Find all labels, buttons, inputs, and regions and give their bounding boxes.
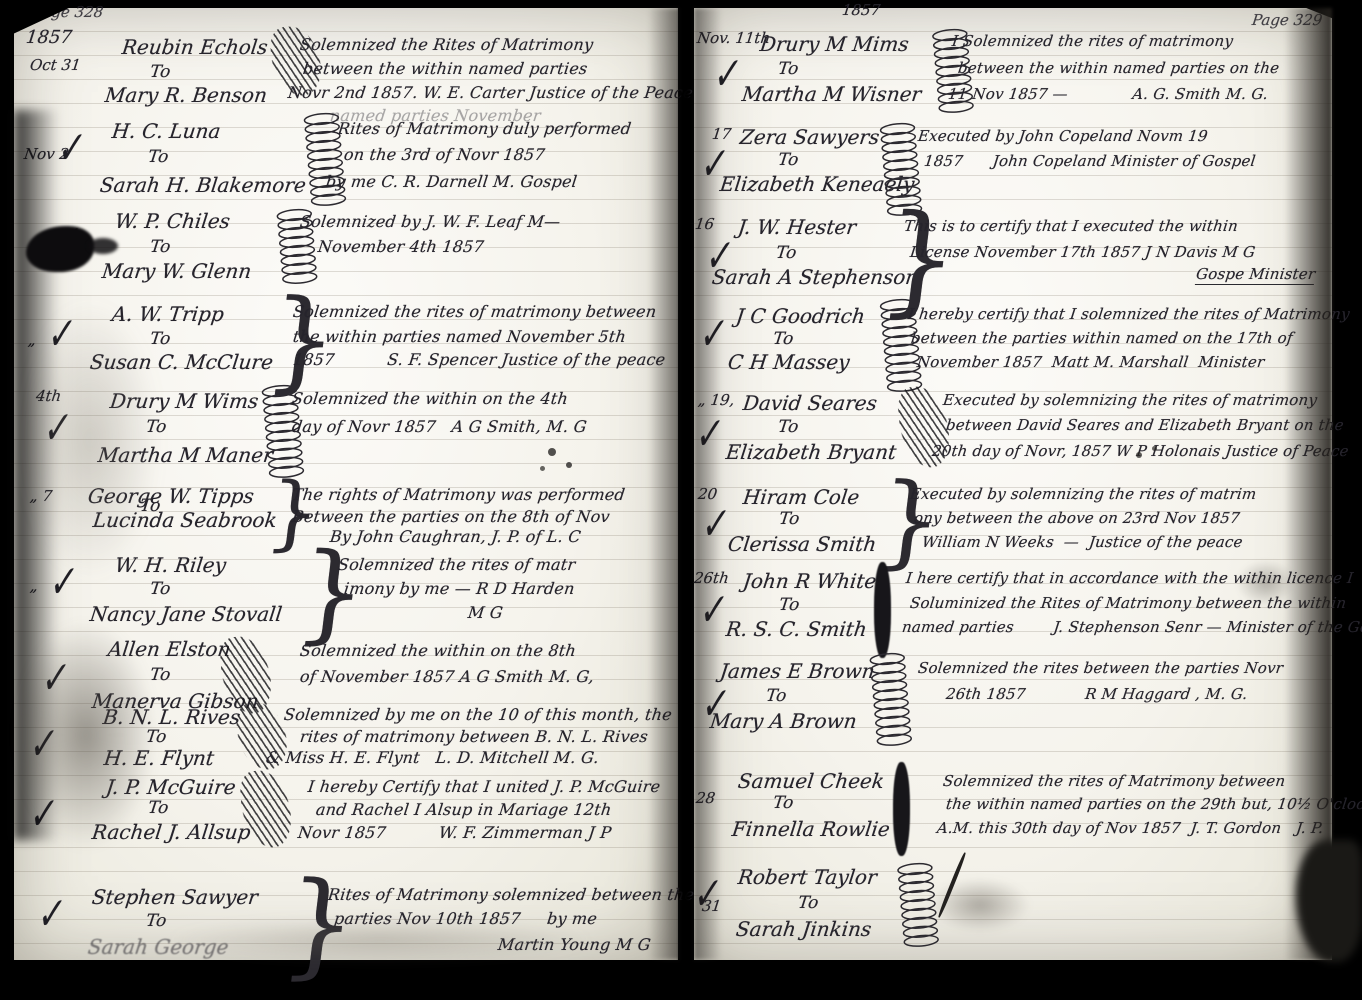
left-page-number: Page 328 <box>32 4 104 21</box>
bride-name: Mary A Brown <box>709 710 859 733</box>
certificate-line: Rites of Matrimony duly performed <box>337 120 632 138</box>
to-label: To <box>772 794 795 814</box>
certificate-line: Solemnized by me on the 10 of this month… <box>283 706 673 724</box>
recorded-check-mark: ✓ <box>47 557 76 609</box>
certificate-line: The rights of Matrimony was performed <box>291 486 626 504</box>
certificate-line: day of Novr 1857 A G Smith, M. G <box>291 418 588 436</box>
recorded-check-mark: ✓ <box>35 889 64 941</box>
certificate-line: ony between the above on 23rd Nov 1857 <box>913 510 1241 527</box>
bride-name: Sarah Jinkins <box>735 918 873 941</box>
certificate-line: I hereby certify that I solemnized the r… <box>907 306 1351 323</box>
to-label: To <box>778 510 801 530</box>
certificate-line: and Rachel I Alsup in Mariage 12th <box>315 801 613 819</box>
to-label: To <box>149 238 172 258</box>
certificate-line: the within named parties on the 29th but… <box>945 796 1362 813</box>
bride-name: Sarah H. Blakemore <box>99 174 308 197</box>
certificate-line: Solemnized the rites of matrimony betwee… <box>292 303 658 321</box>
certificate-line: 1857 John Copeland Minister of Gospel <box>923 153 1257 170</box>
certificate-line: of November 1857 A G Smith M. G, <box>299 668 595 686</box>
groom-name: James E Brown <box>719 660 876 683</box>
groom-name: Hiram Cole <box>742 486 861 509</box>
bride-name: Susan C. McClure <box>89 351 275 374</box>
to-label: To <box>145 728 168 748</box>
right-year-heading: 1857 <box>841 2 881 19</box>
certificate-line: I here certify that in accordance with t… <box>905 570 1354 587</box>
register-scan-photo: Page 328 1857 1857 Page 329 Oct 31Reubin… <box>0 0 1362 1000</box>
groom-name: H. C. Luna <box>111 120 222 143</box>
recorded-check-mark: ✓ <box>39 653 68 705</box>
certificate-line: M G <box>467 604 504 622</box>
certificate-line: the within parties named November 5th <box>292 328 627 346</box>
certificate-line: Solemnized the rites between the parties… <box>917 660 1284 677</box>
margin-date: „ 7 <box>29 488 53 505</box>
to-label: To <box>777 60 800 80</box>
certificate-line: Martin Young M G <box>497 936 652 954</box>
pen-coil-flourish-icon <box>889 860 944 948</box>
certificate-line: November 4th 1857 <box>317 238 485 256</box>
to-label: To <box>777 418 800 438</box>
certificate-line: A.M. this 30th day of Nov 1857 J. T. Gor… <box>936 820 1324 837</box>
to-label: To <box>778 596 801 616</box>
groom-name: Robert Taylor <box>737 866 879 889</box>
recorded-check-mark: ✓ <box>55 123 84 175</box>
to-label: To <box>765 687 788 707</box>
bride-name: R. S. C. Smith <box>725 618 869 641</box>
groom-name: Drury M Mims <box>759 33 910 56</box>
certificate-line: I Solemnized the rites of matrimony <box>951 33 1234 50</box>
groom-name: David Seares <box>742 392 879 415</box>
certificate-line: Executed by John Copeland Novm 19 <box>917 128 1209 145</box>
certificate-line: Solemnized the rites of matr <box>337 556 577 574</box>
certificate-line: 26th 1857 R M Haggard , M. G. <box>945 686 1249 703</box>
certificate-line: License November 17th 1857 J N Davis M G <box>909 244 1256 261</box>
recorded-check-mark: ✓ <box>41 403 70 455</box>
groom-name: Drury M Wims <box>109 390 260 413</box>
certificate-line: Solemnized the within on the 4th <box>291 390 569 408</box>
groom-name: W. H. Riley <box>114 554 228 577</box>
recorded-check-mark: ✓ <box>45 309 74 361</box>
to-label: To <box>797 894 820 914</box>
bride-name: Elizabeth Bryant <box>725 441 898 464</box>
certificate-line: Executed by solemnizing the rites of mat… <box>909 486 1257 503</box>
bride-name: Sarah George <box>87 936 230 959</box>
certificate-line: 1857 S. F. Spencer Justice of the peace <box>292 351 667 369</box>
certificate-line: Rites of Matrimony solemnized between th… <box>327 886 695 904</box>
recorded-check-mark: ✓ <box>27 719 56 771</box>
certificate-line: parties Nov 10th 1857 by me <box>333 910 598 928</box>
recorded-check-mark: ✓ <box>699 499 728 551</box>
groom-name: W. P. Chiles <box>114 210 232 233</box>
certificate-line: between the parties within named on the … <box>910 330 1294 347</box>
book-gutter-shadow <box>676 0 694 1000</box>
bride-name: H. E. Flynt <box>103 747 216 770</box>
groom-name: B. N. L. Rives <box>102 706 242 729</box>
groom-name: J C Goodrich <box>735 305 867 328</box>
pen-coil-flourish-icon <box>862 650 919 754</box>
recorded-check-mark: ✓ <box>691 869 720 921</box>
certificate-line: between the within named parties <box>302 60 589 78</box>
recorded-check-mark: ✓ <box>51 217 80 269</box>
certificate-line: This is to certify that I executed the w… <box>903 218 1239 235</box>
bride-name: Martha M Wisner <box>741 83 923 106</box>
groom-name: Reubin Echols <box>121 36 269 59</box>
bride-name: Mary W. Glenn <box>101 260 253 283</box>
certificate-line: between David Seares and Elizabeth Bryan… <box>945 417 1345 434</box>
certificate-line: Novr 2nd 1857. W. E. Carter Justice of t… <box>287 84 694 102</box>
certificate-line: & Miss H. E. Flynt L. D. Mitchell M. G. <box>265 749 600 767</box>
certificate-line: Soluminized the Rites of Matrimony betwe… <box>909 595 1347 612</box>
certificate-line: William N Weeks — Justice of the peace <box>921 534 1244 551</box>
groom-name: Samuel Cheek <box>737 770 886 793</box>
to-label: To <box>775 244 798 264</box>
groom-name: Allen Elston <box>107 638 232 661</box>
margin-date: Oct 31 <box>29 57 82 74</box>
groom-name: Zera Sawyers <box>739 126 881 149</box>
bride-name: Lucinda Seabrook <box>92 509 279 532</box>
groom-name: Stephen Sawyer <box>91 886 260 909</box>
certificate-line: 20th day of Novr, 1857 W P Holonais Just… <box>931 443 1350 460</box>
margin-date: 28 <box>695 790 716 807</box>
to-label: To <box>777 151 800 171</box>
groom-name: John R White <box>742 570 878 593</box>
certificate-line: on the 3rd of Novr 1857 <box>343 146 546 164</box>
certificate-line: rites of matrimony between B. N. L. Rive… <box>299 728 649 746</box>
bride-name: Martha M Maner <box>97 444 275 467</box>
left-year-heading: 1857 <box>25 28 73 49</box>
groom-name: J. W. Hester <box>737 216 858 239</box>
recorded-check-mark: ✓ <box>697 585 726 637</box>
recorded-check-mark: ✓ <box>27 789 56 841</box>
groom-name: George W. Tipps <box>87 485 256 508</box>
certificate-line: named parties J. Stephenson Senr — Minis… <box>901 619 1362 636</box>
bride-name: Clerissa Smith <box>727 533 878 556</box>
bride-name: Finnella Rowlie <box>731 818 892 841</box>
to-label: To <box>149 666 172 686</box>
to-label: To <box>149 580 172 600</box>
to-label: To <box>147 148 170 168</box>
bride-name: Rachel J. Allsup <box>91 821 252 844</box>
to-label: To <box>145 418 168 438</box>
ink-blot-icon <box>893 762 910 856</box>
to-label: To <box>149 63 172 83</box>
certificate-line: Novr 1857 W. F. Zimmerman J P <box>297 824 613 842</box>
bride-name: Mary R. Benson <box>104 84 269 107</box>
to-label: To <box>772 330 795 350</box>
certificate-line: Solemnized by J. W. F. Leaf M— <box>299 213 562 231</box>
certificate-line: November 1857 Matt M. Marshall Minister <box>916 354 1265 371</box>
certificate-line: Gospe Minister <box>1195 266 1317 285</box>
certificate-line: I hereby Certify that I united J. P. McG… <box>307 778 662 796</box>
certificate-line: by me C. R. Darnell M. Gospel <box>325 173 578 191</box>
to-label: To <box>149 330 172 350</box>
certificate-line: Executed by solemnizing the rites of mat… <box>942 392 1318 409</box>
recorded-check-mark: ✓ <box>711 49 740 101</box>
certificate-line: Between the parties on the 8th of Nov <box>291 508 611 526</box>
right-page-number: Page 329 <box>1251 12 1323 29</box>
recorded-check-mark: ✓ <box>697 309 726 361</box>
to-label: To <box>145 912 168 932</box>
groom-name: A. W. Tripp <box>111 303 226 326</box>
recorded-check-mark: ✓ <box>693 409 722 461</box>
to-label: To <box>147 799 170 819</box>
certificate-line: Solemnized the Rites of Matrimony <box>299 36 594 54</box>
certificate-line: Solemnized the rites of Matrimony betwee… <box>942 773 1286 790</box>
bride-name: C H Massey <box>727 351 851 374</box>
bride-name: Nancy Jane Stovall <box>89 603 284 626</box>
ink-blot-icon <box>874 562 891 658</box>
certificate-line: imony by me — R D Harden <box>343 580 576 598</box>
certificate-line: between the within named parties on the <box>957 60 1280 77</box>
certificate-line: 11 Nov 1857 — A. G. Smith M. G. <box>947 86 1269 103</box>
certificate-line: Solemnized the within on the 8th <box>299 642 577 660</box>
groom-name: J. P. McGuire <box>105 776 237 799</box>
